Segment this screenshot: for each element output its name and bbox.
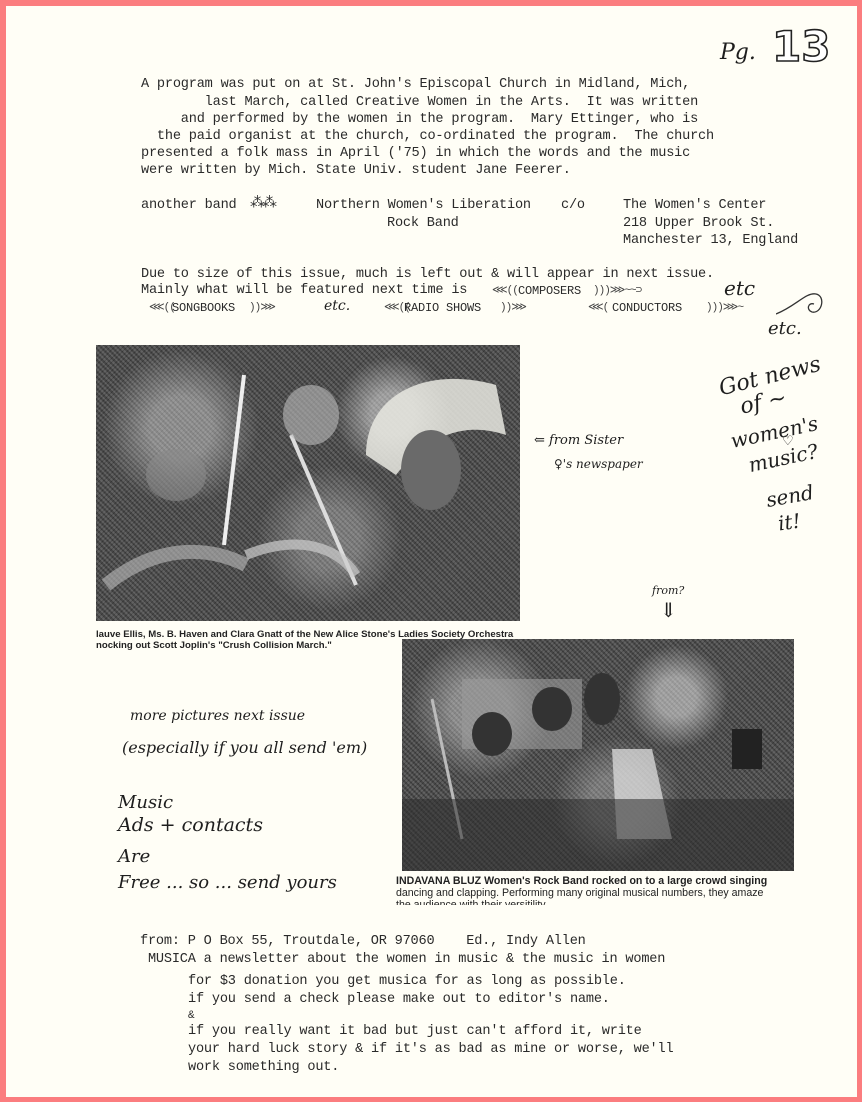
- photo2-caption-line: dancing and clapping. Performing many or…: [396, 887, 763, 899]
- down-arrow-icon: ⇓: [660, 598, 677, 622]
- subscription-line: if you send a check please make out to e…: [188, 991, 610, 1009]
- squiggle-decoration: ⋘((: [149, 299, 175, 317]
- squiggle-decoration: ⋘(: [588, 299, 608, 317]
- musica-tagline: MUSICA a newsletter about the women in m…: [140, 951, 665, 969]
- squiggle-decoration: ))⋙: [500, 299, 526, 317]
- squiggle-decoration: ⋘((: [492, 282, 518, 300]
- photo2-caption-line: INDAVANA BLUZ Women's Rock Band rocked o…: [396, 875, 767, 887]
- squiggle-decoration: )))⋙~~⊃: [593, 282, 641, 300]
- etc-note: etc: [724, 276, 755, 300]
- newsletter-page: Pg. 13 A program was put on at St. John'…: [6, 6, 857, 1097]
- band-label: another band: [141, 197, 237, 215]
- ads-note-line: Music: [118, 792, 173, 813]
- page-number-prefix: Pg.: [720, 40, 756, 65]
- side-note-line: it!: [776, 509, 802, 536]
- from-address: from: P O Box 55, Troutdale, OR 97060 Ed…: [140, 933, 586, 951]
- photo2-caption-line: the audience with their versitility...: [396, 899, 554, 905]
- squiggle-decoration: ))⋙: [249, 299, 275, 317]
- address-line: The Women's Center: [623, 197, 766, 215]
- intro-line: and performed by the women in the progra…: [141, 111, 698, 129]
- intro-line: A program was put on at St. John's Episc…: [141, 76, 690, 94]
- ornament-icon: ⁂⁂: [250, 195, 274, 213]
- ads-note-line: Are: [118, 846, 150, 867]
- address-line: Manchester 13, England: [623, 232, 798, 250]
- feature-radio-shows: RADIO SHOWS: [404, 299, 481, 317]
- source-note: ⇐ from Sister: [534, 433, 623, 448]
- photo-orchestra: [96, 345, 520, 621]
- intro-line: last March, called Creative Women in the…: [141, 94, 698, 112]
- page-number: 13: [772, 26, 830, 68]
- notice-line: Mainly what will be featured next time i…: [141, 282, 467, 300]
- side-note-line: send: [764, 480, 815, 512]
- band-name-line: Rock Band: [387, 215, 459, 233]
- intro-line: presented a folk mass in April ('75) in …: [141, 145, 690, 163]
- subscription-line: your hard luck story & if it's as bad as…: [188, 1041, 673, 1059]
- subscription-line: work something out.: [188, 1059, 339, 1077]
- more-pictures-note: more pictures next issue: [130, 708, 305, 724]
- etc-note: etc.: [324, 298, 350, 314]
- swirl-icon: [776, 286, 826, 320]
- ads-note-line: Ads + contacts: [118, 814, 263, 836]
- etc-note: etc.: [768, 318, 802, 339]
- intro-line: were written by Mich. State Univ. studen…: [141, 162, 571, 180]
- source-note: ♀'s newspaper: [554, 457, 643, 471]
- ads-note-line: Free ... so ... send yours: [118, 872, 337, 893]
- from-question-note: from?: [652, 584, 684, 597]
- feature-conductors: CONDUCTORS: [612, 299, 682, 317]
- more-pictures-note: (especially if you all send 'em): [122, 738, 367, 757]
- photo-indavana-bluz: [402, 639, 794, 871]
- subscription-line: if you really want it bad but just can't…: [188, 1023, 642, 1041]
- subscription-line: for $3 donation you get musica for as lo…: [188, 973, 626, 991]
- intro-line: the paid organist at the church, co-ordi…: [141, 128, 714, 146]
- feature-composers: COMPOSERS: [518, 282, 581, 300]
- address-line: 218 Upper Brook St.: [623, 215, 774, 233]
- band-name-line: Northern Women's Liberation: [316, 197, 531, 215]
- feature-songbooks: SONGBOOKS: [172, 299, 235, 317]
- photo1-caption-line: nocking out Scott Joplin's "Crush Collis…: [96, 640, 332, 651]
- squiggle-decoration: )))⋙~: [706, 299, 743, 317]
- address-prefix: c/o: [561, 197, 585, 215]
